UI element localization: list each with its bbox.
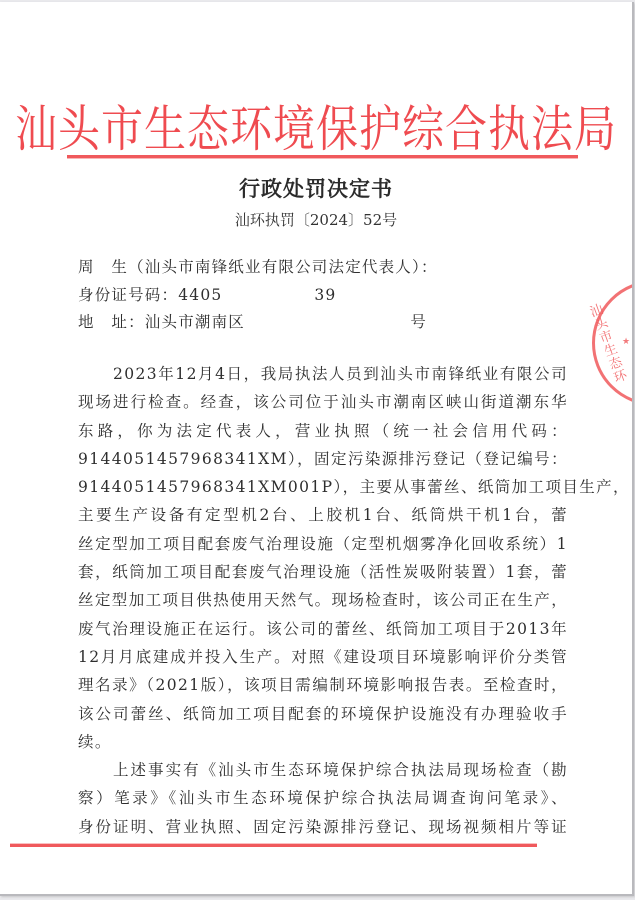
document-number: 汕环执罚〔2024〕52号: [0, 209, 632, 230]
body-line: 9144051457968341XM001P），主要从事蕾丝、纸筒加工项目生产，: [78, 473, 568, 501]
body-line: 上述事实有《汕头市生态环境保护综合执法局现场检查（勘: [78, 756, 568, 784]
body-paragraph-2: 上述事实有《汕头市生态环境保护综合执法局现场检查（勘 察）笔录》《汕头市生态环境…: [78, 756, 568, 841]
body-line: 丝定型加工项目供热使用天然气。现场检查时，该公司正在生产，: [78, 586, 568, 614]
body-line: 9144051457968341XM），固定污染源排污登记（登记编号：: [78, 445, 568, 473]
body-line: 身份证明、营业执照、固定污染源排污登记、现场视频相片等证: [78, 813, 568, 841]
body-line: 察）笔录》《汕头市生态环境保护综合执法局调查询问笔录》、: [78, 784, 568, 812]
party-address-line: 地 址：汕头市潮南区 号: [78, 310, 427, 332]
body-line: 12月月底建成并投入生产。对照《建设项目环境影响评价分类管: [78, 643, 568, 671]
body-line: 现场进行检查。经查，该公司位于汕头市潮南区峡山街道潮东华: [78, 388, 568, 416]
footer-red-rule: [10, 844, 537, 847]
body-line: 理名录》（2021版），该项目需编制环境影响报告表。至检查时，: [78, 671, 568, 699]
body-line: 丝定型加工项目配套废气治理设施（定型机烟雾净化回收系统）1: [78, 530, 568, 558]
body-line: 2023年12月4日，我局执法人员到汕头市南锋纸业有限公司: [78, 360, 568, 388]
body-line: 该公司蕾丝、纸筒加工项目配套的环境保护设施没有办理验收手: [78, 700, 568, 728]
header-red-rule: [67, 155, 578, 158]
party-id-line: 身份证号码：4405 39: [78, 283, 336, 305]
document-page: 汕头市生态环境保护综合执法局 行政处罚决定书 汕环执罚〔2024〕52号 周 生…: [0, 2, 634, 896]
body-line: 主要生产设备有定型机2台、上胶机1台、纸筒烘干机1台，蕾: [78, 501, 568, 529]
body-line: 废气治理设施正在运行。该公司的蕾丝、纸筒加工项目于2013年: [78, 615, 568, 643]
body-line: 套，纸筒加工项目配套废气治理设施（活性炭吸附装置）1套，蕾: [78, 558, 568, 586]
party-name-line: 周 生（汕头市南锋纸业有限公司法定代表人）：: [78, 255, 438, 277]
body-paragraph-1: 2023年12月4日，我局执法人员到汕头市南锋纸业有限公司 现场进行检查。经查，…: [78, 360, 568, 756]
body-line: 续。: [78, 728, 568, 756]
document-title: 行政处罚决定书: [0, 173, 632, 203]
agency-name-heading: 汕头市生态环境保护综合执法局: [0, 100, 632, 159]
seal-star-icon: ★: [622, 337, 630, 347]
body-line: 东路，你为法定代表人，营业执照（统一社会信用代码：: [78, 417, 568, 445]
